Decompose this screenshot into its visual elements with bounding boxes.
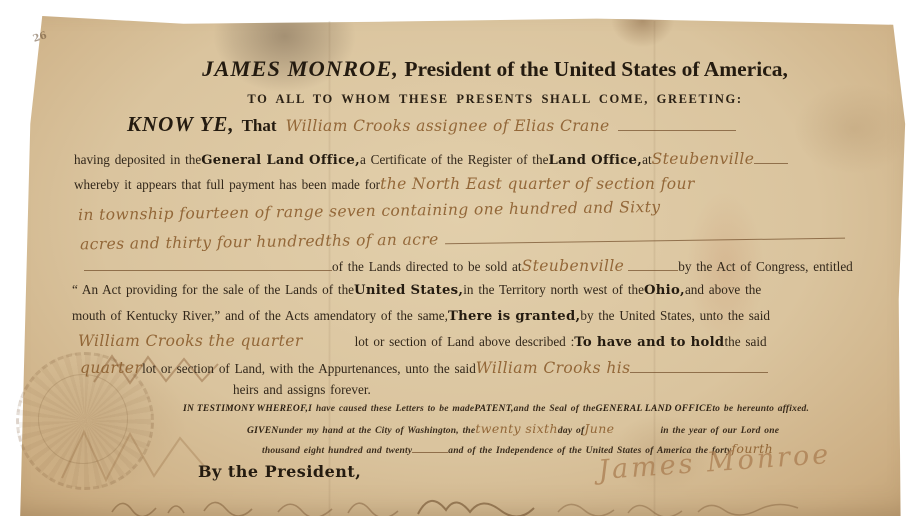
text-segment: the said — [724, 334, 766, 350]
spacer — [303, 345, 355, 346]
text-segment: at — [642, 152, 652, 168]
text-segment: heirs and assigns forever. — [233, 382, 371, 398]
president-title: President of the United States of Americ… — [399, 57, 788, 81]
text-segment: IN TESTIMONY WHEREOF, — [183, 404, 308, 414]
flourish-rule — [84, 256, 332, 271]
text-segment: in the year of our Lord one — [660, 426, 779, 436]
line-act-2: mouth of Kentucky River,” and of the Act… — [72, 308, 770, 324]
document-photo: 26 JAMES MONROE, President of the United… — [0, 0, 918, 516]
text-segment: William Crooks assignee of Elias Crane — [286, 117, 610, 135]
text-segment: day of — [558, 426, 584, 436]
spacer — [610, 130, 618, 131]
president-name: JAMES MONROE, — [202, 56, 399, 81]
zigzag-pen-flourish-icon — [60, 418, 220, 488]
text-segment: the North East quarter of section four — [380, 175, 695, 193]
text-segment: thousand eight hundred and twenty — [262, 446, 412, 456]
text-segment: mouth of Kentucky River,” and of the Act… — [72, 308, 448, 324]
text-segment: Steubenville — [522, 257, 625, 275]
text-segment: quarter — [80, 359, 142, 377]
text-segment: and the Seal of the — [514, 404, 596, 414]
text-segment: by the Act of Congress, entitled — [678, 259, 853, 275]
text-segment: a Certificate of the Register of the — [360, 152, 548, 168]
text-segment: whereby it appears that full payment has… — [74, 177, 380, 193]
line-payment: whereby it appears that full payment has… — [74, 175, 695, 193]
text-segment: in the Territory north west of the — [463, 282, 644, 298]
spacer — [277, 130, 286, 131]
text-segment: KNOW YE, — [127, 112, 235, 137]
flourish-rule — [618, 116, 736, 131]
text-segment: Ohio, — [644, 283, 685, 298]
spacer — [614, 432, 660, 433]
text-segment: to be hereunto affixed. — [712, 404, 809, 414]
text-segment: of the Lands directed to be sold at — [332, 259, 522, 275]
text-segment: PATENT, — [474, 404, 513, 414]
text-segment: To have and to hold — [574, 335, 724, 350]
text-segment: Land Office, — [548, 153, 642, 168]
text-segment: and above the — [685, 282, 761, 298]
flourish-rule — [630, 358, 768, 373]
text-segment: I have caused these Letters to be made — [308, 404, 474, 414]
text-segment: by the United States, unto the said — [580, 308, 770, 324]
text-segment: That — [242, 116, 277, 136]
text-segment: under my hand at the City of Washington,… — [279, 426, 476, 436]
text-segment: “ An Act providing for the sale of the L… — [72, 282, 354, 298]
page-title: JAMES MONROE, President of the United St… — [75, 56, 915, 82]
line-deposited: having deposited in the General Land Off… — [74, 149, 788, 168]
line-grantee: William Crooks the quarterlot or section… — [78, 332, 767, 350]
line-act-1: “ An Act providing for the sale of the L… — [72, 282, 761, 298]
flourish-rule — [412, 438, 448, 453]
text-segment: United States, — [354, 283, 463, 298]
salutation: TO ALL TO WHOM THESE PRESENTS SHALL COME… — [75, 92, 915, 107]
line-by-president: By the President, — [198, 462, 361, 481]
text-segment: There is granted, — [448, 309, 580, 324]
text-segment: William Crooks the quarter — [78, 332, 303, 350]
flourish-rule — [628, 256, 678, 271]
line-know-ye: KNOW YE,ThatWilliam Crooks assignee of E… — [127, 112, 736, 137]
text-segment: June — [584, 421, 614, 436]
flourish-rule — [754, 149, 788, 164]
cutoff-script-strokes-icon — [108, 492, 828, 516]
line-heirs: heirs and assigns forever. — [233, 382, 371, 398]
text-segment: lot or section of Land above described : — [355, 334, 575, 350]
text-segment: lot or section of Land, with the Appurte… — [142, 361, 476, 377]
line-testimony: IN TESTIMONY WHEREOF, I have caused thes… — [183, 404, 809, 414]
text-segment: twenty sixth — [475, 421, 558, 436]
text-segment: William Crooks his — [476, 359, 631, 377]
cutoff-script-line — [108, 492, 828, 516]
line-given: GIVEN under my hand at the City of Washi… — [247, 421, 779, 436]
text-segment: General Land Office, — [201, 153, 360, 168]
text-segment: GENERAL LAND OFFICE — [596, 404, 713, 414]
line-sold-at: of the Lands directed to be sold at Steu… — [84, 256, 853, 275]
text-segment: By the President, — [198, 462, 361, 481]
text-segment: Steubenville — [652, 150, 755, 168]
text-segment: having deposited in the — [74, 152, 201, 168]
line-appurtenances: quarter lot or section of Land, with the… — [80, 358, 768, 377]
spacer — [235, 130, 242, 131]
text-segment: GIVEN — [247, 426, 279, 436]
